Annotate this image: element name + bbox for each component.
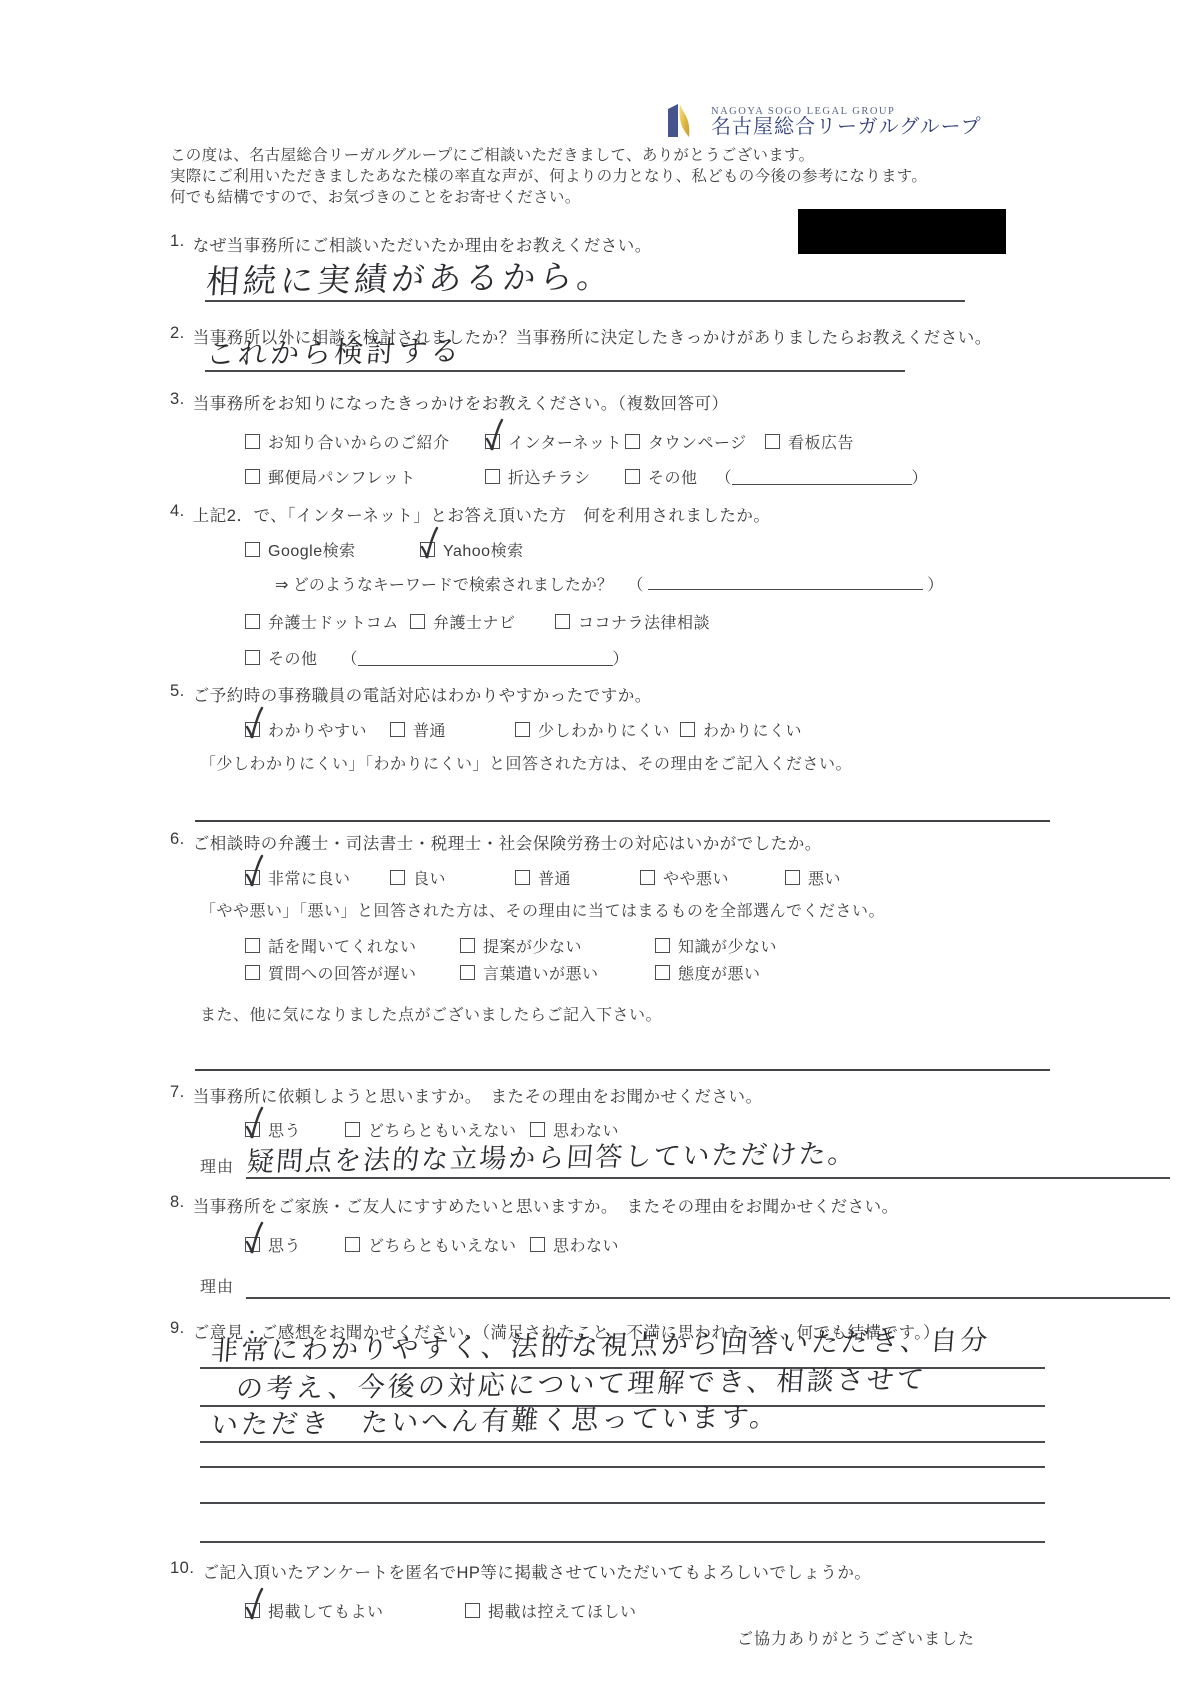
checkbox-other-q3[interactable]: [625, 469, 640, 484]
option-signboard[interactable]: 看板広告: [765, 430, 854, 453]
option-label: やや悪い: [663, 866, 729, 889]
q6-number: 6.: [170, 830, 185, 854]
check-mark-icon: [242, 853, 266, 889]
option-label: Google検索: [268, 538, 356, 561]
q4-keyword-field[interactable]: [648, 573, 923, 590]
option-coconala[interactable]: ココナラ法律相談: [555, 610, 710, 633]
q5-note: 「少しわかりにくい」「わかりにくい」と回答された方は、その理由をご記入ください。: [200, 751, 1170, 774]
option-bad-wording[interactable]: 言葉遣いが悪い: [460, 961, 655, 984]
logo-text-jp: 名古屋総合リーガルグループ: [711, 117, 982, 138]
option-bit-hard[interactable]: 少しわかりにくい: [515, 718, 680, 741]
paren-close: ）: [613, 646, 629, 669]
checkbox-referral[interactable]: [245, 434, 260, 449]
option-label: インターネット: [508, 430, 622, 453]
q5-text: ご予約時の事務職員の電話対応はわかりやすかったですか。: [193, 682, 652, 706]
q6-note-2: また、他に気になりました点がございましたらご記入下さい。: [200, 1002, 1170, 1025]
option-label: 掲載してもよい: [268, 1599, 384, 1622]
q7-text: 当事務所に依頼しようと思いますか。 またその理由をお聞かせください。: [193, 1083, 763, 1107]
option-label: 悪い: [808, 866, 841, 889]
option-good[interactable]: 良い: [390, 866, 515, 889]
q8-title: 8. 当事務所をご家族・ご友人にすすめたいと思いますか。 またその理由をお聞かせ…: [170, 1193, 1170, 1217]
checkbox-bad-wording[interactable]: [460, 965, 475, 980]
option-yahoo[interactable]: Yahoo検索: [420, 538, 524, 561]
option-label: どちらともいえない: [368, 1118, 517, 1141]
option-internet[interactable]: インターネット: [485, 430, 625, 453]
option-label: タウンページ: [648, 430, 747, 453]
q5-reason-field[interactable]: [195, 820, 1050, 822]
option-other-q3[interactable]: その他 （ ）: [625, 465, 928, 488]
checkbox-no-listen[interactable]: [245, 938, 260, 953]
q3-number: 3.: [170, 390, 185, 414]
option-google[interactable]: Google検索: [245, 538, 420, 561]
checkbox-normal-q6[interactable]: [515, 870, 530, 885]
option-normal-q6[interactable]: 普通: [515, 866, 640, 889]
checkbox-very-good[interactable]: [245, 870, 260, 885]
q3-options-row-1: お知り合いからのご紹介 インターネット タウンページ 看板広告: [245, 430, 1170, 453]
checkbox-google[interactable]: [245, 542, 260, 557]
checkbox-q7-yes[interactable]: [245, 1122, 260, 1137]
checkbox-flyer[interactable]: [485, 469, 500, 484]
q10-number: 10.: [170, 1559, 194, 1583]
q3-other-field[interactable]: [732, 468, 912, 485]
q4-keyword-row: ⇒ どのようなキーワードで検索されましたか？ （ ）: [275, 572, 1170, 595]
option-deny-publish[interactable]: 掲載は控えてほしい: [465, 1599, 637, 1622]
q4-options-row-1: Google検索 Yahoo検索: [245, 538, 1170, 561]
q10-text: ご記入頂いたアンケートを匿名でHP等に掲載させていただいてもよろしいでしょうか。: [202, 1559, 871, 1583]
option-q7-neutral[interactable]: どちらともいえない: [345, 1118, 530, 1141]
checkbox-allow-publish[interactable]: [245, 1603, 260, 1618]
q3-options-row-2: 郵便局パンフレット 折込チラシ その他 （ ）: [245, 465, 1170, 488]
option-q8-neutral[interactable]: どちらともいえない: [345, 1233, 530, 1256]
option-label: 弁護士ドットコム: [268, 610, 399, 633]
checkbox-slow-answer[interactable]: [245, 965, 260, 980]
q9-answer-line-3[interactable]: いただき たいへん有難く思っています。: [200, 1407, 1045, 1443]
option-label: Yahoo検索: [443, 538, 524, 561]
closing-text: ご協力ありがとうございました: [170, 1626, 975, 1649]
checkbox-bengoshi-navi[interactable]: [410, 614, 425, 629]
q8-text: 当事務所をご家族・ご友人にすすめたいと思いますか。 またその理由をお聞かせくださ…: [193, 1193, 899, 1217]
option-label: わかりにくい: [703, 718, 802, 741]
option-referral[interactable]: お知り合いからのご紹介: [245, 430, 485, 453]
option-label: お知り合いからのご紹介: [268, 430, 450, 453]
checkbox-bit-bad[interactable]: [640, 870, 655, 885]
q1-title: 1. なぜ当事務所にご相談いただいたか理由をお教えください。: [170, 232, 1170, 256]
checkbox-yahoo[interactable]: [420, 542, 435, 557]
paren-close: ）: [912, 465, 928, 488]
q2-number: 2.: [170, 324, 185, 348]
checkbox-normal-q5[interactable]: [390, 722, 405, 737]
intro-line-1: この度は、名古屋総合リーガルグループにご相談いただきまして、ありがとうございます…: [170, 145, 1170, 166]
q3-text: 当事務所をお知りになったきっかけをお教えください。（複数回答可）: [193, 390, 729, 414]
option-label: 言葉遣いが悪い: [483, 961, 599, 984]
reason-label: 理由: [200, 1274, 234, 1299]
q6-text: ご相談時の弁護士・司法書士・税理士・社会保険労務士の対応はいかがでしたか。: [193, 830, 822, 854]
option-few-knowledge[interactable]: 知識が少ない: [655, 934, 777, 957]
q6-options-row: 非常に良い 良い 普通 やや悪い 悪い: [245, 866, 1170, 889]
option-label: その他: [648, 465, 698, 488]
q4-options-row-2: 弁護士ドットコム 弁護士ナビ ココナラ法律相談: [245, 610, 1170, 633]
q1-number: 1.: [170, 232, 185, 256]
q7-reason-row: 理由 疑問点を法的な立場から回答していただけた。: [200, 1147, 1170, 1179]
option-no-listen[interactable]: 話を聞いてくれない: [245, 934, 460, 957]
option-label: 郵便局パンフレット: [268, 465, 416, 488]
checkbox-other-q4[interactable]: [245, 650, 260, 665]
paren-open: （: [627, 577, 643, 594]
checkbox-few-proposal[interactable]: [460, 938, 475, 953]
option-q7-yes[interactable]: 思う: [245, 1118, 345, 1141]
option-label: わかりやすい: [268, 718, 367, 741]
option-label: 思う: [268, 1233, 301, 1256]
option-label: 少しわかりにくい: [538, 718, 670, 741]
q5-title: 5. ご予約時の事務職員の電話対応はわかりやすかったですか。: [170, 682, 1170, 706]
logo-mark-icon: [663, 100, 703, 140]
option-q8-no[interactable]: 思わない: [530, 1233, 619, 1256]
q8-reason-row: 理由: [200, 1274, 1170, 1299]
option-allow-publish[interactable]: 掲載してもよい: [245, 1599, 465, 1622]
check-mark-icon: [482, 417, 506, 453]
q8-number: 8.: [170, 1193, 185, 1217]
option-other-q4[interactable]: その他 （ ）: [245, 646, 629, 669]
q7-reason-handwriting: 疑問点を法的な立場から回答していただけた。: [246, 1140, 858, 1176]
checkbox-q7-no[interactable]: [530, 1122, 545, 1137]
checkbox-bad-attitude[interactable]: [655, 965, 670, 980]
checkbox-deny-publish[interactable]: [465, 1603, 480, 1618]
option-slow-answer[interactable]: 質問への回答が遅い: [245, 961, 460, 984]
q4-other-field[interactable]: [358, 649, 613, 666]
q8-reason-field[interactable]: [246, 1275, 1170, 1299]
q9-answer-line-5[interactable]: [200, 1468, 1045, 1504]
q6-title: 6. ご相談時の弁護士・司法書士・税理士・社会保険労務士の対応はいかがでしたか。: [170, 830, 1170, 854]
option-flyer[interactable]: 折込チラシ: [485, 465, 625, 488]
paren-open: （: [716, 465, 732, 488]
intro-line-3: 何でも結構ですので、お気づきのことをお寄せください。: [170, 187, 1170, 208]
q10-title: 10. ご記入頂いたアンケートを匿名でHP等に掲載させていただいてもよろしいでし…: [170, 1559, 1170, 1583]
q4-number: 4.: [170, 502, 185, 526]
option-townpage[interactable]: タウンページ: [625, 430, 765, 453]
survey-document: NAGOYA SOGO LEGAL GROUP 名古屋総合リーガルグループ この…: [0, 0, 1191, 1685]
q5-number: 5.: [170, 682, 185, 706]
q6-sub-row-2: 質問への回答が遅い 言葉遣いが悪い 態度が悪い: [245, 961, 1170, 984]
checkbox-bad[interactable]: [785, 870, 800, 885]
option-label: 折込チラシ: [508, 465, 591, 488]
option-bengoshi-navi[interactable]: 弁護士ナビ: [410, 610, 555, 633]
checkbox-q8-yes[interactable]: [245, 1237, 260, 1252]
q10-options-row: 掲載してもよい 掲載は控えてほしい: [245, 1599, 1170, 1622]
option-label: 思う: [268, 1118, 301, 1141]
q3-title: 3. 当事務所をお知りになったきっかけをお教えください。（複数回答可）: [170, 390, 1170, 414]
option-label: 思わない: [553, 1233, 619, 1256]
paren-close: ）: [927, 577, 943, 594]
option-label: 思わない: [553, 1118, 619, 1141]
option-label: 非常に良い: [268, 866, 351, 889]
option-bad-attitude[interactable]: 態度が悪い: [655, 961, 761, 984]
check-mark-icon: [242, 1220, 266, 1256]
q9-answer-line-4[interactable]: [200, 1443, 1045, 1468]
q4-other-row: その他 （ ）: [245, 646, 1170, 669]
q4-title: 4. 上記2．で、「インターネット」とお答え頂いた方 何を利用されましたか。: [170, 502, 1170, 526]
q2-answer-field[interactable]: これから検討する: [205, 348, 905, 372]
logo: NAGOYA SOGO LEGAL GROUP 名古屋総合リーガルグループ: [663, 100, 982, 140]
q7-reason-field[interactable]: 疑問点を法的な立場から回答していただけた。: [246, 1147, 1170, 1179]
checkbox-q7-neutral[interactable]: [345, 1122, 360, 1137]
option-normal-q5[interactable]: 普通: [390, 718, 515, 741]
checkbox-hard[interactable]: [680, 722, 695, 737]
option-label: その他: [268, 646, 318, 669]
option-label: 質問への回答が遅い: [268, 961, 417, 984]
q6-note-1: 「やや悪い」「悪い」と回答された方は、その理由に当てはまるものを全部選んでくださ…: [200, 898, 1170, 921]
option-label: 提案が少ない: [483, 934, 582, 957]
option-easy[interactable]: わかりやすい: [245, 718, 390, 741]
checkbox-bengoshi-com[interactable]: [245, 614, 260, 629]
option-very-good[interactable]: 非常に良い: [245, 866, 390, 889]
checkbox-postoffice[interactable]: [245, 469, 260, 484]
option-q8-yes[interactable]: 思う: [245, 1233, 345, 1256]
q9-number: 9.: [170, 1319, 185, 1343]
check-mark-icon: [242, 705, 266, 741]
option-bit-bad[interactable]: やや悪い: [640, 866, 785, 889]
q1-text: なぜ当事務所にご相談いただいたか理由をお教えください。: [193, 232, 652, 256]
check-mark-icon: [417, 525, 441, 561]
option-bengoshi-com[interactable]: 弁護士ドットコム: [245, 610, 410, 633]
checkbox-signboard[interactable]: [765, 434, 780, 449]
q9-answer-line-2[interactable]: の考え、今後の対応について理解でき、相談させて: [200, 1369, 1045, 1407]
q1-handwriting: 相続に実績があるから。: [205, 259, 615, 298]
checkbox-q8-no[interactable]: [530, 1237, 545, 1252]
q7-options-row: 思う どちらともいえない 思わない: [245, 1118, 1170, 1141]
q2-handwriting: これから検討する: [205, 336, 463, 369]
intro-line-2: 実際にご利用いただきましたあなた様の率直な声が、何よりの力となり、私どもの今後の…: [170, 166, 1170, 187]
q5-options-row: わかりやすい 普通 少しわかりにくい わかりにくい: [245, 718, 1170, 741]
q7-number: 7.: [170, 1083, 185, 1107]
option-label: 良い: [413, 866, 446, 889]
option-few-proposal[interactable]: 提案が少ない: [460, 934, 655, 957]
checkbox-few-knowledge[interactable]: [655, 938, 670, 953]
survey-content: この度は、名古屋総合リーガルグループにご相談いただきまして、ありがとうございます…: [170, 145, 1170, 1649]
checkbox-easy[interactable]: [245, 722, 260, 737]
option-label: 弁護士ナビ: [433, 610, 516, 633]
q7-title: 7. 当事務所に依頼しようと思いますか。 またその理由をお聞かせください。: [170, 1083, 1170, 1107]
option-label: 普通: [538, 866, 571, 889]
option-label: 普通: [413, 718, 446, 741]
option-label: 態度が悪い: [678, 961, 761, 984]
option-label: 看板広告: [788, 430, 854, 453]
paren-open: （: [342, 646, 358, 669]
checkbox-bit-hard[interactable]: [515, 722, 530, 737]
option-hard[interactable]: わかりにくい: [680, 718, 802, 741]
option-q7-no[interactable]: 思わない: [530, 1118, 619, 1141]
q9-handwriting-3: いただき たいへん有難く思っています。: [210, 1404, 780, 1439]
q6-sub-row-1: 話を聞いてくれない 提案が少ない 知識が少ない: [245, 934, 1170, 957]
q1-answer-field[interactable]: 相続に実績があるから。: [205, 256, 965, 302]
q6-other-field[interactable]: [195, 1069, 1050, 1071]
option-label: どちらともいえない: [368, 1233, 517, 1256]
q9-handwriting-2: の考え、今後の対応について理解でき、相談させて: [235, 1366, 928, 1403]
checkbox-good[interactable]: [390, 870, 405, 885]
option-label: ココナラ法律相談: [578, 610, 710, 633]
checkbox-coconala[interactable]: [555, 614, 570, 629]
option-bad[interactable]: 悪い: [785, 866, 841, 889]
checkbox-internet[interactable]: [485, 434, 500, 449]
checkbox-townpage[interactable]: [625, 434, 640, 449]
q8-options-row: 思う どちらともいえない 思わない: [245, 1233, 1170, 1256]
option-postoffice[interactable]: 郵便局パンフレット: [245, 465, 485, 488]
q4-keyword-prompt: ⇒ どのようなキーワードで検索されましたか？: [275, 577, 613, 594]
q4-text: 上記2．で、「インターネット」とお答え頂いた方 何を利用されましたか。: [193, 502, 771, 526]
option-label: 話を聞いてくれない: [268, 934, 417, 957]
option-label: 知識が少ない: [678, 934, 777, 957]
reason-label: 理由: [200, 1154, 234, 1179]
check-mark-icon: [242, 1586, 266, 1622]
check-mark-icon: [242, 1105, 266, 1141]
option-label: 掲載は控えてほしい: [488, 1599, 637, 1622]
q9-answer-line-6[interactable]: [200, 1504, 1045, 1543]
checkbox-q8-neutral[interactable]: [345, 1237, 360, 1252]
